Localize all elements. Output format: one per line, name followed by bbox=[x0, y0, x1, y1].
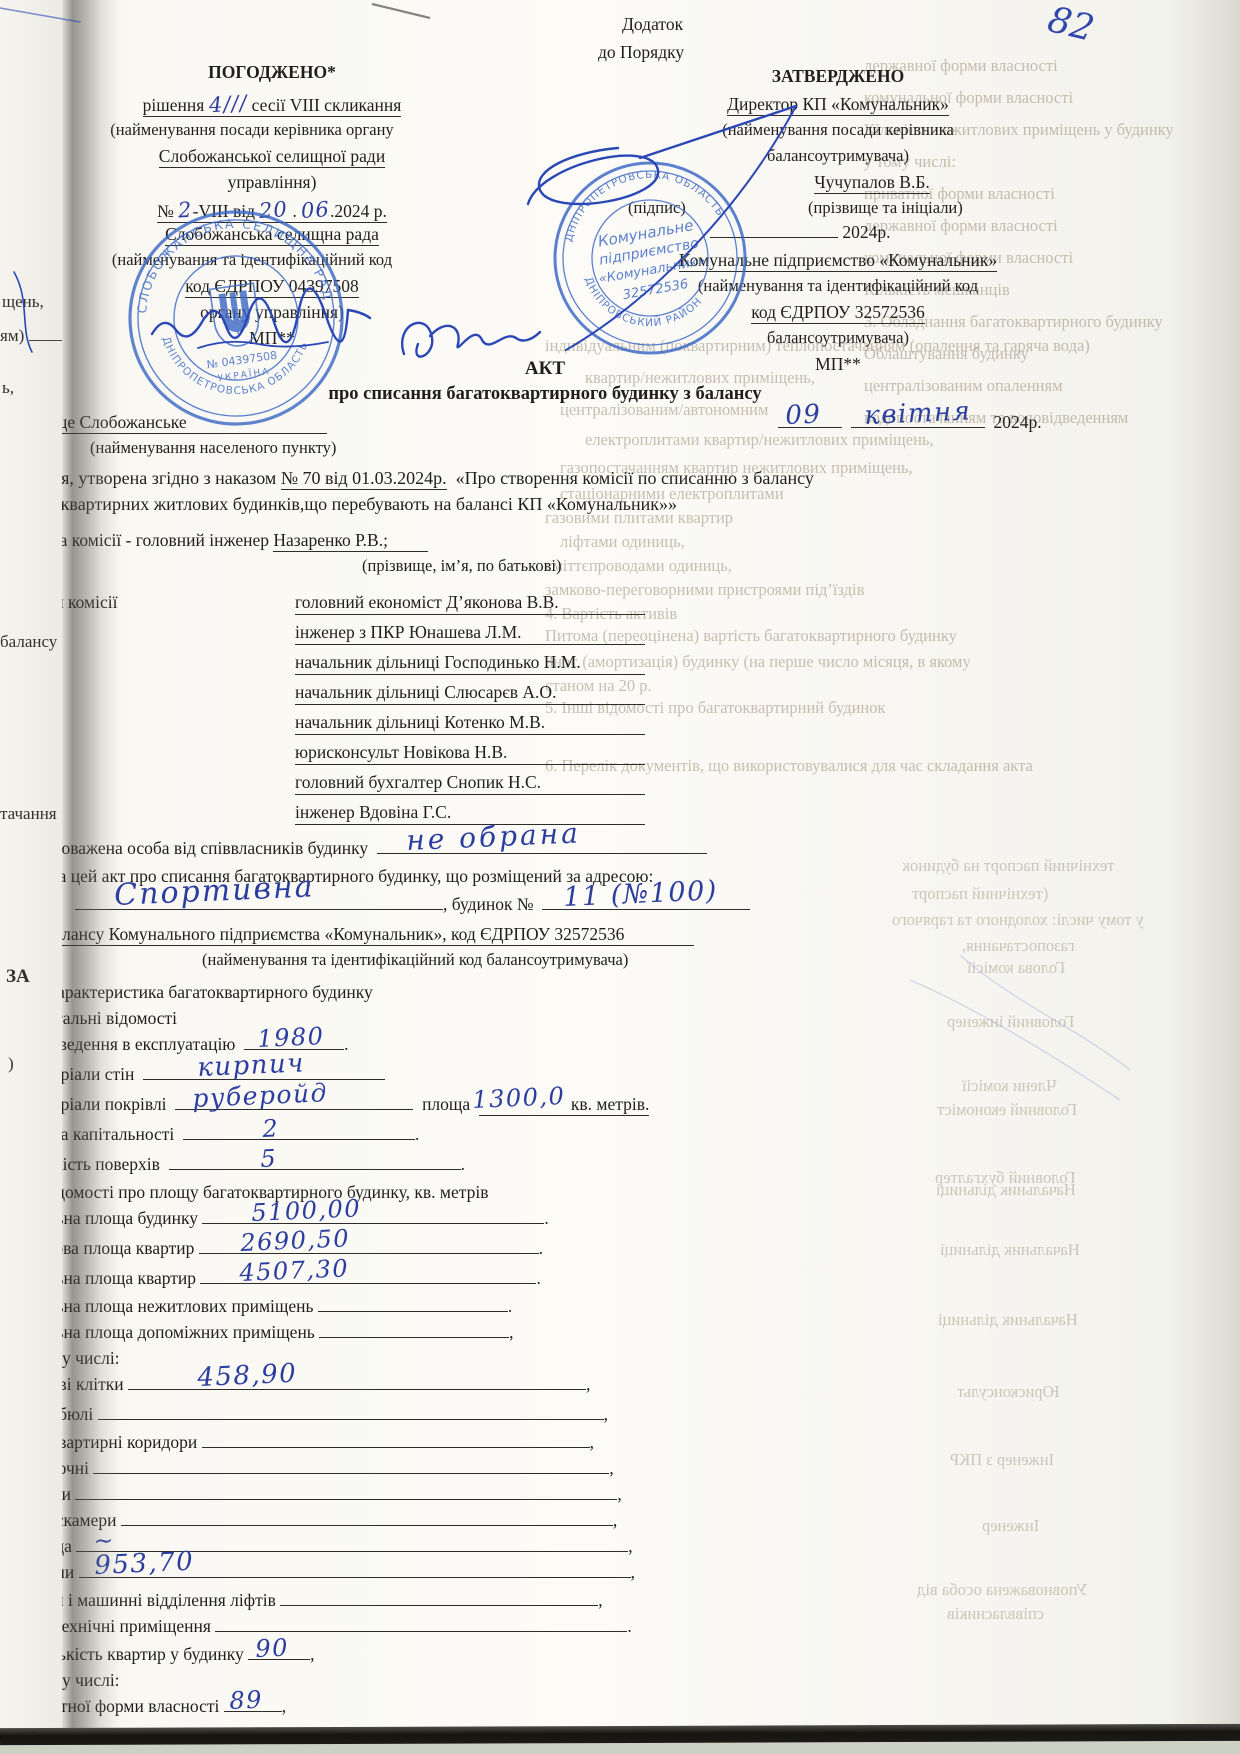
commission-member: головний економіст Д’яконова В.В. bbox=[295, 592, 645, 615]
commission-member: інженер з ПКР Юнашева Л.М. bbox=[295, 622, 645, 645]
field-underline bbox=[202, 1433, 590, 1448]
field-vestibules: вестибюлі , bbox=[62, 1404, 608, 1425]
agreed-council-genitive: Слобожанської селищної ради bbox=[72, 146, 472, 167]
field-underline: 1300,0 bbox=[479, 1096, 571, 1110]
field-apartments-total-area: загальна площа квартир 4507,30. bbox=[62, 1268, 541, 1289]
field-stroller-rooms: колясочні , bbox=[62, 1458, 614, 1479]
settlement-hint: (найменування населеного пункту) bbox=[90, 438, 336, 458]
balance-holder-line: з балансу Комунального підприємства «Ком… bbox=[62, 924, 694, 945]
field-capital-group: група капітальності 2. bbox=[62, 1124, 419, 1145]
approved-sign-hint: (підпис) bbox=[628, 198, 686, 218]
handwritten-street: Спортивна bbox=[113, 869, 315, 913]
including-label: у тому числі: bbox=[62, 1348, 120, 1369]
commission-member: начальник дільниці Господинько Н.М. bbox=[295, 652, 645, 675]
agreed-hint-4: органу управління) bbox=[72, 302, 472, 323]
agreed-mp: МП** bbox=[92, 328, 452, 349]
field-garbage-chambers: сміттєкамери , bbox=[62, 1510, 617, 1531]
field-other-technical: інші технічні приміщення . bbox=[62, 1616, 632, 1637]
approved-title: ЗАТВЕРДЖЕНО bbox=[628, 66, 1048, 87]
bleed-text-mirrored: технічний паспорт на будинок bbox=[902, 856, 1114, 876]
approved-edrpou: код ЄДРПОУ 32572536 bbox=[628, 302, 1048, 323]
field-underline: 4507,30 bbox=[200, 1269, 536, 1284]
date-year: 2024р. bbox=[994, 412, 1042, 432]
bleed-text-mirrored: Уповноважена особа від bbox=[917, 1580, 1088, 1600]
bleed-text-mirrored: Члени комісії bbox=[962, 1076, 1057, 1096]
agreed-edrpou: код ЄДРПОУ 04397508 bbox=[72, 276, 472, 297]
agreed-council-name: Слобожанська селищна рада bbox=[72, 224, 472, 245]
handwritten-day: 20 bbox=[259, 197, 289, 223]
scanned-document-page: { "page": { "number_hw": "82" }, "addend… bbox=[0, 0, 1240, 1754]
field-stairwells: сходові клітки 458,90, bbox=[62, 1374, 590, 1395]
agreed-title: ПОГОДЖЕНО* bbox=[92, 62, 452, 83]
approved-name: Чучупалов В.Б. bbox=[702, 172, 1042, 193]
approved-director: Директор КП «Комунальник» bbox=[628, 94, 1048, 115]
agreed-hint-2: управління) bbox=[92, 172, 452, 193]
field-auxiliary-area: загальна площа допоміжних приміщень , bbox=[62, 1322, 514, 1343]
handwritten-value: 90 bbox=[255, 1634, 290, 1663]
field-underline bbox=[93, 1459, 609, 1474]
document-sheet: державної форми власності комунальної фо… bbox=[62, 0, 1240, 1730]
field-underline bbox=[215, 1617, 627, 1632]
bleed-text-mirrored: Головний інженер bbox=[947, 1012, 1074, 1032]
cut-text-fragment: ЗА bbox=[6, 966, 30, 988]
handwritten-roof-area: 1300,0 bbox=[472, 1082, 566, 1114]
including-label: у тому числі: bbox=[62, 1670, 120, 1691]
field-corridors: позаквартирні коридори , bbox=[62, 1432, 594, 1453]
field-underline: 2690,50 bbox=[199, 1239, 539, 1254]
commission-order-line1: Комісія, утворена згідно з наказом № 70 … bbox=[62, 468, 814, 489]
handwritten-value: 458,90 bbox=[197, 1359, 298, 1393]
authorized-person-line: уповноважена особа від співвласників буд… bbox=[62, 838, 707, 859]
cut-text-fragment: балансу bbox=[0, 632, 57, 652]
act-date-line: 09 квітня 2024р. bbox=[778, 412, 1042, 433]
approved-year-line: 2024р. bbox=[710, 222, 891, 243]
field-underline bbox=[98, 1405, 604, 1420]
field-private-ownership-count: приватної форми власності 89, bbox=[62, 1696, 286, 1717]
approved-company: Комунальне підприємство «Комунальник» bbox=[608, 250, 1068, 271]
commission-member: начальник дільниці Слюсарєв А.О. bbox=[295, 682, 645, 705]
date-month-underline: квітня bbox=[851, 413, 985, 428]
field-underline bbox=[280, 1591, 598, 1606]
cut-text-fragment: ям) bbox=[0, 326, 63, 346]
bleed-text: сміттєпроводами одиниць, bbox=[545, 556, 732, 576]
handwritten-date-month: квітня bbox=[863, 396, 971, 431]
field-lift-shafts: шахти і машинні відділення ліфтів , bbox=[62, 1590, 603, 1611]
approved-hint-6: балансоутримувача) bbox=[628, 328, 1048, 348]
field-underline: 5100,00 bbox=[202, 1209, 544, 1224]
field-underline: 953,70 bbox=[79, 1563, 631, 1578]
field-floors: кількість поверхів 5. bbox=[62, 1154, 465, 1175]
field-nonresidential-area: загальна площа нежитлових приміщень . bbox=[62, 1296, 512, 1317]
field-underline: 458,90 bbox=[128, 1375, 586, 1390]
handwritten-session-number: 4/// bbox=[208, 91, 248, 118]
commission-order-line2: багатоквартирних житлових будинків,що пе… bbox=[62, 494, 677, 515]
cut-text-fragment: ь, bbox=[2, 378, 14, 398]
commission-member: начальник дільниці Котенко М.В. bbox=[295, 712, 645, 735]
handwritten-value: 953,70 bbox=[93, 1547, 194, 1581]
bleed-text-mirrored: Інженер з ПКР bbox=[950, 1450, 1054, 1470]
date-day-underline: 09 bbox=[778, 413, 842, 428]
bleed-text-mirrored: Юрисконсульт bbox=[957, 1382, 1060, 1402]
cut-text-fragment: ) bbox=[8, 1054, 14, 1074]
field-underline bbox=[121, 1511, 613, 1526]
act-title: АКТ bbox=[195, 358, 895, 380]
handwritten-value: 4507,30 bbox=[239, 1254, 350, 1287]
bleed-text-mirrored: (технічний паспорт bbox=[912, 884, 1048, 904]
agreed-decision-line: рішення 4/// сесії VIII скликання bbox=[72, 92, 472, 116]
addendum-line1: Додаток bbox=[622, 14, 683, 35]
handwritten-house-number: 11 (№100) bbox=[563, 875, 719, 913]
approved-hint-5: (найменування та ідентифікаційний код bbox=[628, 276, 1048, 296]
bleed-text-mirrored: співвласників bbox=[947, 1604, 1044, 1624]
commission-member: головний бухгалтер Снопик Н.С. bbox=[295, 772, 645, 795]
commission-members-label: Члени комісії bbox=[62, 592, 117, 613]
commission-member: юрисконсульт Новікова Н.В. bbox=[295, 742, 645, 765]
agreed-number-line: № 2-VIII від 20 . 06.2024 р. bbox=[72, 198, 472, 222]
bleed-text: державної форми власності bbox=[864, 216, 1058, 236]
field-apartment-count: 3) кількість квартир у будинку 90, bbox=[62, 1644, 315, 1665]
field-underline bbox=[75, 1485, 617, 1500]
handwritten-floors: 5 bbox=[259, 1144, 277, 1173]
bleed-text-mirrored: у тому числі: холодного та гарячого bbox=[892, 910, 1144, 930]
bleed-text-mirrored: Начальник дільниці bbox=[940, 1240, 1080, 1260]
field-storerooms: комори , bbox=[62, 1484, 622, 1505]
settlement-line: селище Слобожанське bbox=[62, 412, 327, 433]
field-underline: 5 bbox=[169, 1155, 461, 1170]
section1-title: 1. Характеристика багатоквартирного буди… bbox=[62, 982, 373, 1003]
handwritten-roof: руберойд bbox=[192, 1078, 329, 1113]
field-underline: 2 bbox=[183, 1125, 415, 1140]
house-number-underline: 11 (№100) bbox=[542, 895, 750, 910]
bleed-text-mirrored: Начальник дільниці bbox=[938, 1310, 1078, 1330]
cut-text-fragment: тачання bbox=[0, 804, 57, 824]
section1-general-label: 1) загальні відомості bbox=[62, 1008, 177, 1029]
field-underline: 89 bbox=[224, 1697, 282, 1712]
field-roof-materials: матеріали покрівлі руберойд площа 1300,0… bbox=[62, 1094, 649, 1115]
field-underline: 90 bbox=[248, 1645, 310, 1660]
bleed-text-mirrored: Інженер bbox=[982, 1516, 1039, 1536]
field-basements: підвали 953,70, bbox=[62, 1562, 635, 1583]
blank-underline bbox=[710, 223, 838, 238]
approved-hint-2: балансоутримувача) bbox=[628, 146, 1048, 166]
commission-head-hint: (прізвище, ім’я, по батькові) bbox=[362, 556, 561, 576]
bleed-text-mirrored: Головний економіст bbox=[937, 1100, 1077, 1120]
addendum-line2: до Порядку bbox=[598, 42, 684, 63]
authorized-underline: не обрана bbox=[377, 839, 707, 854]
field-underline: кирпич bbox=[143, 1065, 385, 1080]
field-underline: руберойд bbox=[175, 1095, 413, 1110]
handwritten-walls: кирпич bbox=[197, 1048, 306, 1083]
bleed-text-mirrored: Начальник дільниці bbox=[936, 1180, 1076, 1200]
commission-head-line: Голова комісії - головний інженер Назаре… bbox=[62, 530, 428, 551]
agreed-hint-3: (найменування та ідентифікаційний код bbox=[62, 250, 472, 270]
handwritten-not-elected: не обрана bbox=[405, 816, 581, 857]
field-underline bbox=[319, 1323, 509, 1338]
agreed-hint-1: (найменування посади керівника органу bbox=[62, 120, 472, 140]
street-underline: Спортивна bbox=[75, 895, 443, 910]
cut-text-fragment: щень, bbox=[2, 292, 44, 312]
address-line: Спортивна, будинок № 11 (№100) bbox=[75, 894, 750, 915]
balance-holder-hint: (найменування та ідентифікаційний код ба… bbox=[202, 950, 628, 970]
field-underline bbox=[318, 1297, 508, 1312]
bleed-text-mirrored: Голова комісії bbox=[967, 958, 1065, 978]
bleed-text: електроплитами квартир/нежитлових приміщ… bbox=[585, 430, 934, 450]
approved-hint-1: (найменування посади керівника bbox=[628, 120, 1048, 140]
right-edge-shadow bbox=[1170, 0, 1240, 1730]
underlying-page-edge: щень, ям) ь, балансу тачання ЗА ) bbox=[0, 0, 66, 1754]
bleed-text-mirrored: газопостачання, bbox=[962, 936, 1075, 956]
approved-name-hint: (прізвище та ініціали) bbox=[808, 198, 963, 218]
handwritten-month: 06 bbox=[300, 197, 330, 223]
handwritten-value: 89 bbox=[228, 1686, 263, 1715]
handwritten-decision-number: 2 bbox=[177, 198, 193, 223]
handwritten-capital-group: 2 bbox=[262, 1114, 280, 1143]
bleed-text: ліфтами одиниць, bbox=[560, 532, 685, 552]
handwritten-date-day: 09 bbox=[785, 399, 822, 431]
handwritten-value: 5100,00 bbox=[251, 1194, 362, 1227]
handwritten-value: 2690,50 bbox=[240, 1224, 351, 1257]
